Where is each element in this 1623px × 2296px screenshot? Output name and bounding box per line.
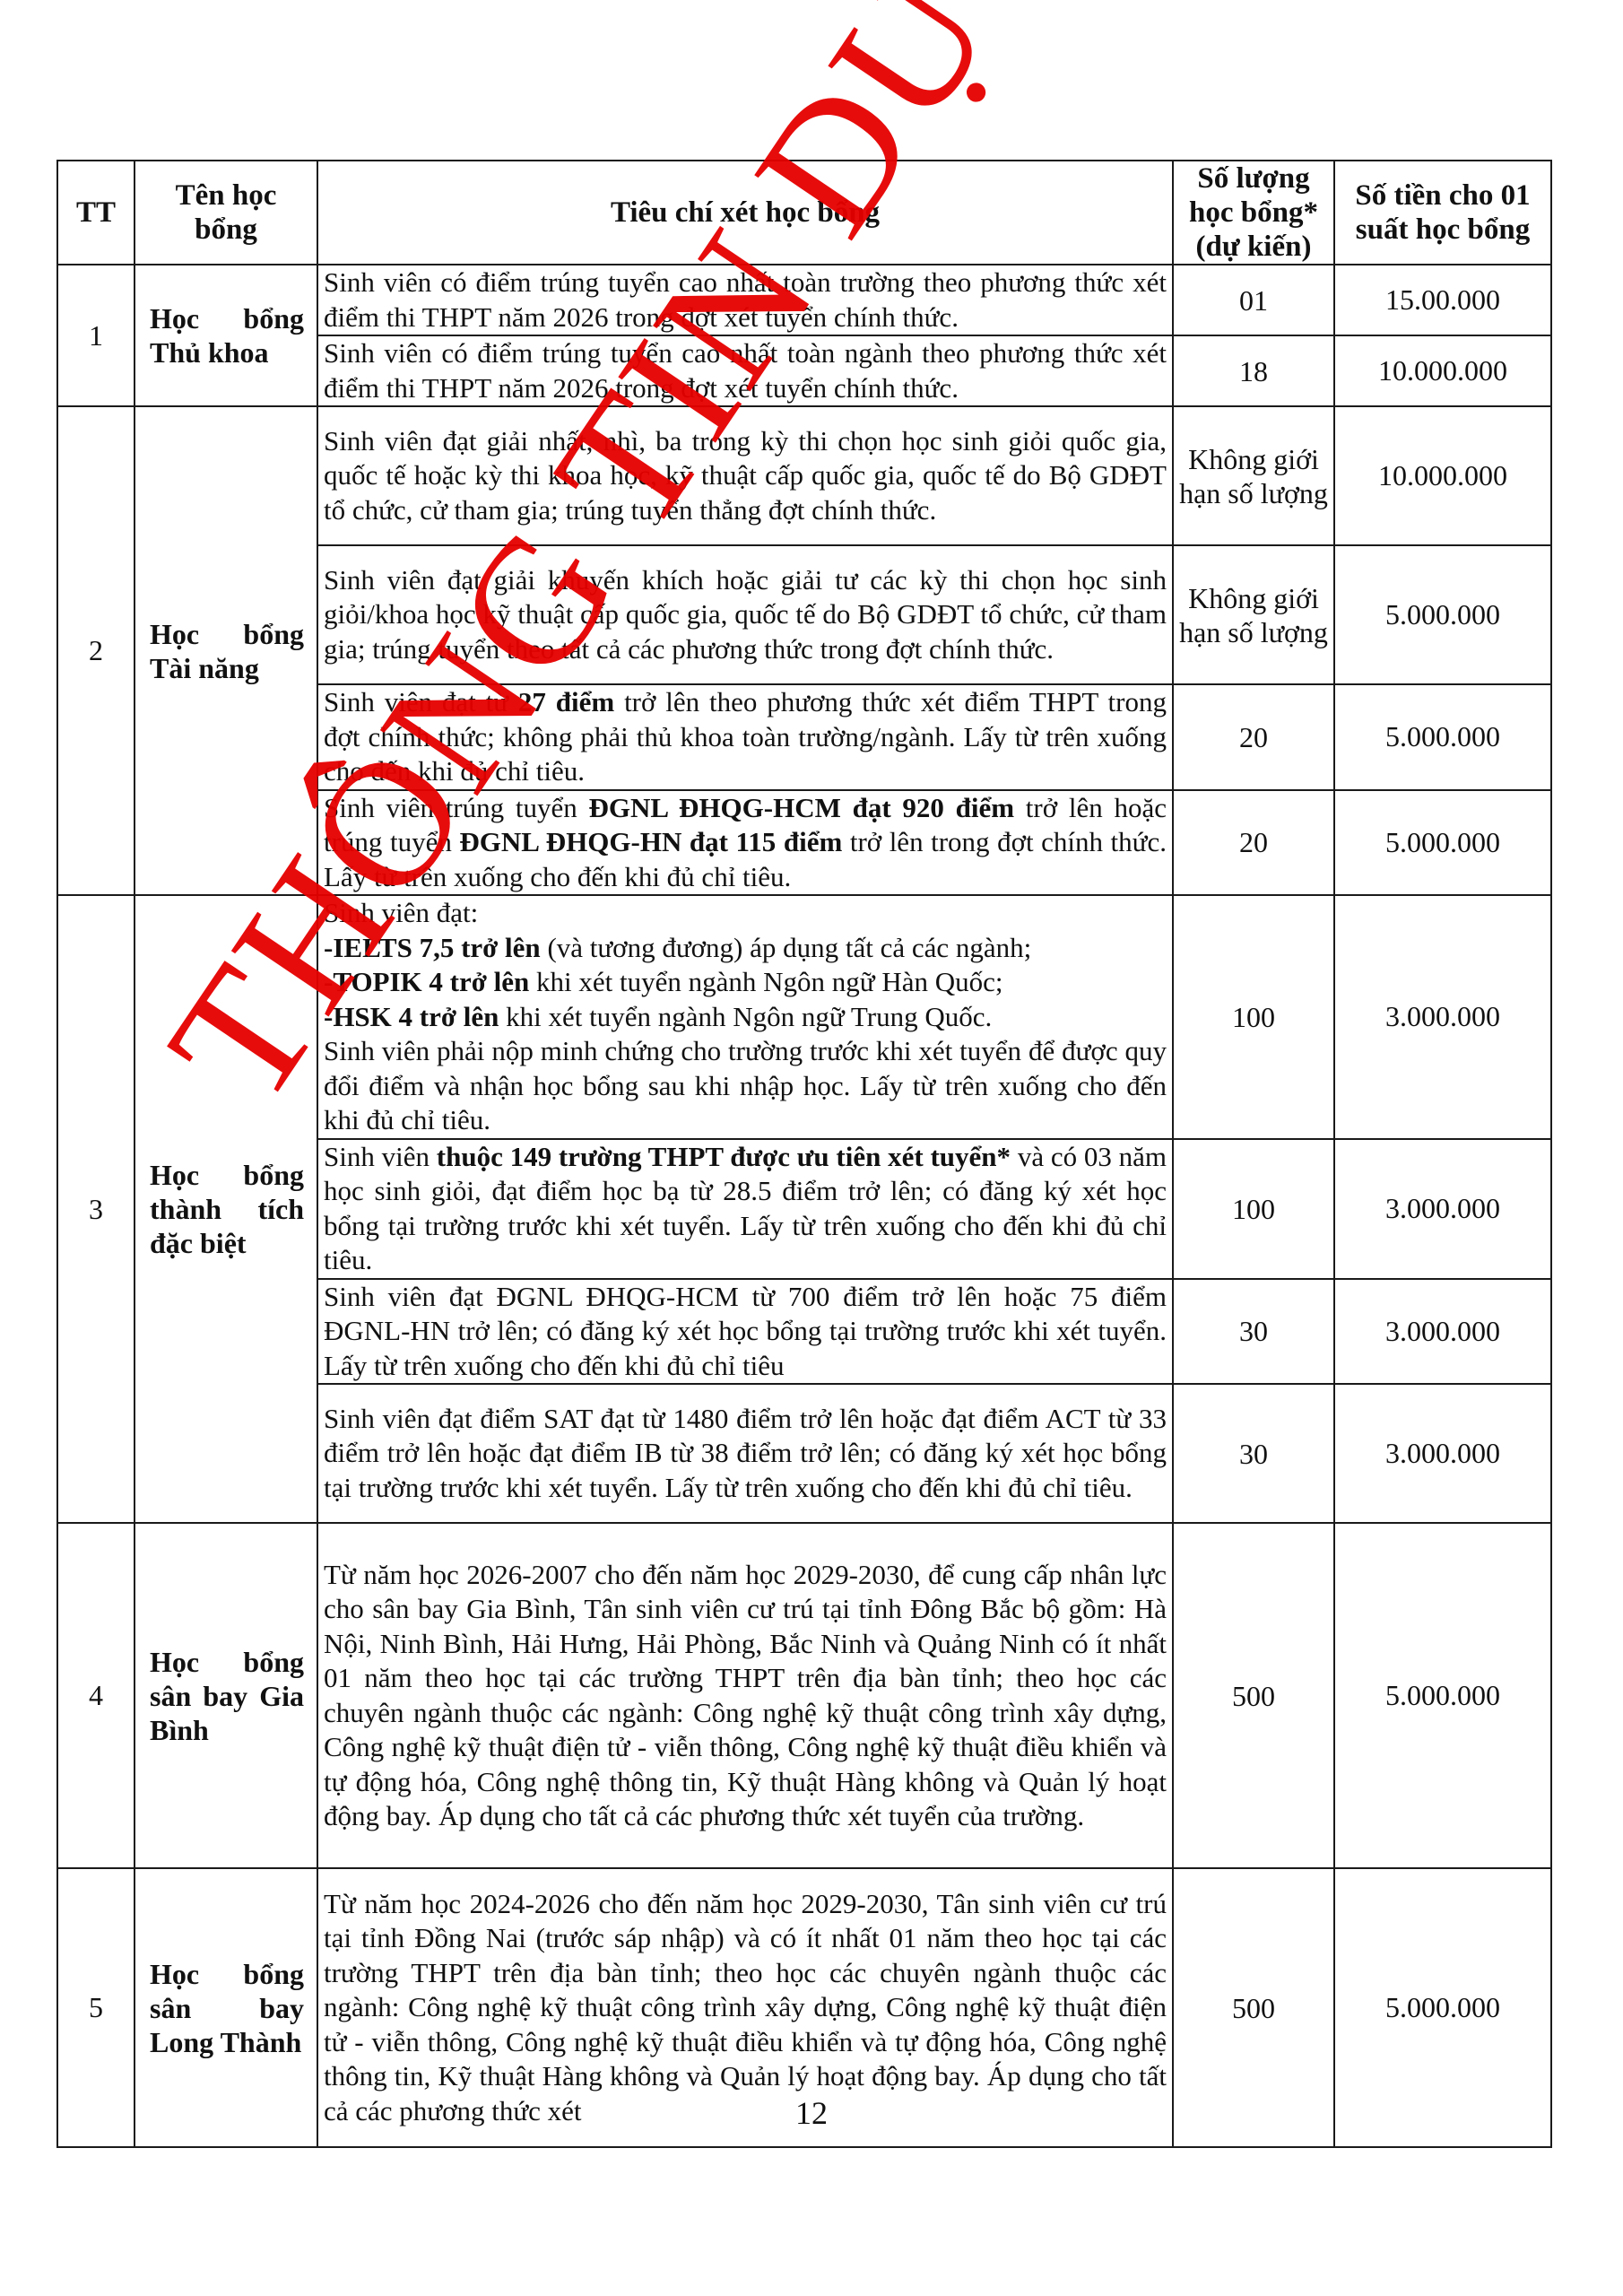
criteria-text: khi xét tuyển ngành Ngôn ngữ Trung Quốc. [499, 1001, 992, 1032]
document-page: TT Tên học bổng Tiêu chí xét học bổng Số… [0, 0, 1623, 2296]
amount-cell: 10.000.000 [1334, 406, 1551, 545]
amount-cell: 3.000.000 [1334, 1384, 1551, 1523]
criteria-cell: Sinh viên có điểm trúng tuyển cao nhất t… [317, 335, 1173, 406]
amount-cell: 5.000.000 [1334, 545, 1551, 684]
criteria-cell: Sinh viên đạt:-IELTS 7,5 trở lên (và tươ… [317, 895, 1173, 1139]
scholarship-table: TT Tên học bổng Tiêu chí xét học bổng Số… [56, 160, 1552, 2148]
quantity-cell: 500 [1173, 1523, 1334, 1868]
criteria-text: Sinh viên [324, 1141, 437, 1172]
criteria-line: -IELTS 7,5 trở lên (và tương đương) áp d… [324, 931, 1167, 966]
criteria-cell: Từ năm học 2026-2007 cho đến năm học 202… [317, 1523, 1173, 1868]
row-tt: 1 [57, 265, 135, 406]
quantity-cell: 01 [1173, 265, 1334, 335]
criteria-text: khi xét tuyển ngành Ngôn ngữ Hàn Quốc; [529, 966, 1002, 997]
amount-cell: 3.000.000 [1334, 1279, 1551, 1385]
quantity-cell: 30 [1173, 1279, 1334, 1385]
quantity-cell: 100 [1173, 895, 1334, 1139]
table-row: 1 Học bổng Thủ khoa Sinh viên có điểm tr… [57, 265, 1551, 335]
amount-cell: 5.000.000 [1334, 1523, 1551, 1868]
criteria-emphasis: ĐGNL ĐHQG-HN đạt 115 điểm [459, 826, 842, 857]
criteria-emphasis: 27 điểm [518, 686, 614, 717]
table-row: 4 Học bổng sân bay Gia Bình Từ năm học 2… [57, 1523, 1551, 1868]
criteria-cell: Sinh viên đạt giải nhất, nhì, ba trong k… [317, 406, 1173, 545]
criteria-emphasis: -HSK 4 trở lên [324, 1001, 499, 1032]
criteria-cell: Sinh viên đạt ĐGNL ĐHQG-HCM từ 700 điểm … [317, 1279, 1173, 1385]
amount-cell: 10.000.000 [1334, 335, 1551, 406]
table-header-row: TT Tên học bổng Tiêu chí xét học bổng Số… [57, 161, 1551, 265]
criteria-line: Sinh viên phải nộp minh chứng cho trường… [324, 1034, 1167, 1138]
criteria-emphasis: ĐGNL ĐHQG-HCM đạt 920 điểm [588, 792, 1014, 823]
criteria-cell: Sinh viên đạt điểm SAT đạt từ 1480 điểm … [317, 1384, 1173, 1523]
quantity-cell: 20 [1173, 684, 1334, 790]
table-row: 3 Học bổng thành tích đặc biệt Sinh viên… [57, 895, 1551, 1139]
amount-cell: 3.000.000 [1334, 1139, 1551, 1279]
header-criteria: Tiêu chí xét học bổng [317, 161, 1173, 265]
criteria-emphasis: -TOPIK 4 trở lên [324, 966, 529, 997]
criteria-text: Sinh viên đạt: [324, 897, 478, 928]
criteria-cell: Sinh viên thuộc 149 trường THPT được ưu … [317, 1139, 1173, 1279]
scholarship-name: Học bổng sân bay Gia Bình [135, 1523, 317, 1868]
header-tt: TT [57, 161, 135, 265]
page-number: 12 [0, 2094, 1623, 2132]
criteria-emphasis: thuộc 149 trường THPT được ưu tiên xét t… [437, 1141, 1011, 1172]
criteria-text: Sinh viên trúng tuyển [324, 792, 588, 823]
amount-cell: 5.000.000 [1334, 684, 1551, 790]
header-scholarship-name: Tên học bổng [135, 161, 317, 265]
row-tt: 2 [57, 406, 135, 895]
quantity-cell: 20 [1173, 790, 1334, 896]
quantity-cell: Không giới hạn số lượng [1173, 545, 1334, 684]
row-tt: 4 [57, 1523, 135, 1868]
criteria-emphasis: -IELTS 7,5 trở lên [324, 932, 541, 963]
quantity-cell: 100 [1173, 1139, 1334, 1279]
criteria-line: -HSK 4 trở lên khi xét tuyển ngành Ngôn … [324, 1000, 1167, 1035]
criteria-cell: Sinh viên có điểm trúng tuyển cao nhất t… [317, 265, 1173, 335]
criteria-cell: Sinh viên đạt từ 27 điểm trở lên theo ph… [317, 684, 1173, 790]
row-tt: 3 [57, 895, 135, 1523]
amount-cell: 3.000.000 [1334, 895, 1551, 1139]
criteria-text: Sinh viên đạt từ [324, 686, 518, 717]
quantity-cell: 30 [1173, 1384, 1334, 1523]
amount-cell: 15.00.000 [1334, 265, 1551, 335]
header-amount: Số tiền cho 01 suất học bổng [1334, 161, 1551, 265]
criteria-line: Sinh viên đạt: [324, 896, 1167, 931]
criteria-text: Sinh viên phải nộp minh chứng cho trường… [324, 1035, 1167, 1135]
criteria-cell: Sinh viên đạt giải khuyến khích hoặc giả… [317, 545, 1173, 684]
header-quantity: Số lượng học bổng* (dự kiến) [1173, 161, 1334, 265]
criteria-cell: Sinh viên trúng tuyển ĐGNL ĐHQG-HCM đạt … [317, 790, 1173, 896]
criteria-text: (và tương đương) áp dụng tất cả các ngàn… [541, 932, 1032, 963]
quantity-cell: 18 [1173, 335, 1334, 406]
amount-cell: 5.000.000 [1334, 790, 1551, 896]
scholarship-name: Học bổng thành tích đặc biệt [135, 895, 317, 1523]
scholarship-name: Học bổng Thủ khoa [135, 265, 317, 406]
quantity-cell: Không giới hạn số lượng [1173, 406, 1334, 545]
table-row: 2 Học bổng Tài năng Sinh viên đạt giải n… [57, 406, 1551, 545]
scholarship-name: Học bổng Tài năng [135, 406, 317, 895]
criteria-line: -TOPIK 4 trở lên khi xét tuyển ngành Ngô… [324, 965, 1167, 1000]
